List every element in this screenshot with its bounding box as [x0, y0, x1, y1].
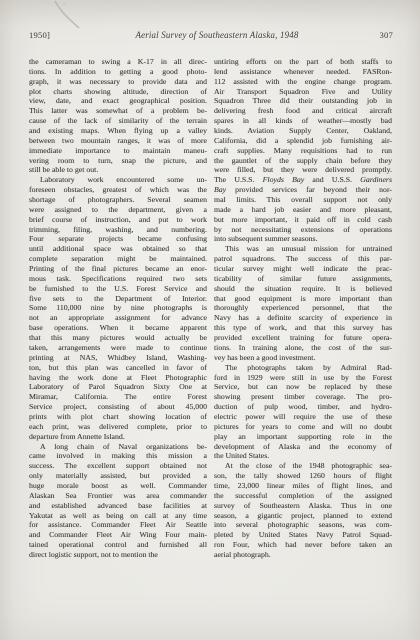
pencil-mark-artifact — [48, 0, 88, 32]
text-line: for assistance. Commander Fleet Air Seat… — [29, 520, 207, 530]
text-line: the cameraman to swing a K-17 in all dir… — [29, 57, 207, 67]
text-line: Squadron Three did their outstanding job… — [214, 96, 392, 106]
text-line: Miramar, California. The entire Forest — [29, 392, 207, 402]
text-line: Navy has a definite scarcity of experien… — [214, 313, 392, 323]
text-line: pleted by United States Navy Patrol Squa… — [214, 530, 392, 540]
text-line: tained operational control and furnished… — [29, 540, 207, 550]
text-line: season, a gigantic project, planned to e… — [214, 511, 392, 521]
text-line: brief course of instruction, and put to … — [29, 215, 207, 225]
text-line: Four separate projects became confusing — [29, 234, 207, 244]
text-line: This was an unusual mission for untraine… — [214, 244, 392, 254]
paragraph: untiring efforts on the part of both sta… — [214, 57, 392, 244]
text-line: Laboratory of Parol Squadron Sixty One a… — [29, 382, 207, 392]
text-line: be furnished to the U.S. Forest Service … — [29, 284, 207, 294]
text-line: survey of Southeastern Alaska. Thus in o… — [214, 501, 392, 511]
text-line: complete separation might be maintained. — [29, 254, 207, 264]
text-line: thoroughly experienced personnel, that t… — [214, 303, 392, 313]
text-line: shortage of photographers. Several seame… — [29, 195, 207, 205]
text-line: mal limits. This overall support not onl… — [214, 195, 392, 205]
text-line: and established advanced base facilities… — [29, 501, 207, 511]
text-line: plot charts showing altitude, direction … — [29, 87, 207, 97]
text-line: should the situation require. It is beli… — [214, 284, 392, 294]
page-number: 307 — [353, 30, 393, 40]
text-line: The U.S.S. Floyds Bay and U.S.S. Gardine… — [214, 175, 392, 185]
text-line: into several photographic seasons, was c… — [214, 520, 392, 530]
text-line: that good equipment is more important th… — [214, 294, 392, 304]
text-line: until additional space was obtained so t… — [29, 244, 207, 254]
left-column: the cameraman to swing a K-17 in all dir… — [29, 57, 207, 560]
text-line: The photographs taken by Admiral Rad- — [214, 363, 392, 373]
text-line: This latter was somewhat of a problem be… — [29, 106, 207, 116]
text-line: came involved in making this mission a — [29, 451, 207, 461]
text-line: Service, but can now be replaced by thes… — [214, 382, 392, 392]
scanned-journal-page: 1950] Aerial Survey of Southeastern Alas… — [0, 0, 420, 640]
text-line: ticular survey might well indicate the p… — [214, 264, 392, 274]
text-line: having the work done at Fleet Photograph… — [29, 373, 207, 383]
text-line: craft supplies. Many requisitions had to… — [214, 146, 392, 156]
text-line: view, date, and exact geographical posit… — [29, 96, 207, 106]
text-line: tions. In addition to getting a good pho… — [29, 67, 207, 77]
text-line: duction of pulp wood, timber, and hydro- — [214, 402, 392, 412]
text-line: At the close of the 1948 photographic se… — [214, 461, 392, 471]
text-line: kinds. Aviation Supply Center, Oakland, — [214, 126, 392, 136]
text-line: son, the tally showed 1260 hours of flig… — [214, 471, 392, 481]
text-line: this type of work, and that this survey … — [214, 323, 392, 333]
text-line: the successful completion of the assigne… — [214, 491, 392, 501]
text-line: showing present timber coverage. The pro… — [214, 392, 392, 402]
text-line: tions. In training alone, the cost of th… — [214, 343, 392, 353]
text-line: immediate importance to maintain maneu- — [29, 146, 207, 156]
text-line: delivering fresh food and critical aircr… — [214, 106, 392, 116]
article-running-title: Aerial Survey of Southeastern Alaska, 19… — [81, 30, 353, 40]
text-line: development of Alaska and the economy of — [214, 442, 392, 452]
text-line: pictures for years to come and will no d… — [214, 422, 392, 432]
paragraph: A long chain of Naval organizations be-c… — [29, 442, 207, 560]
text-line: time, 23,000 linear miles of flight line… — [214, 481, 392, 491]
text-line: base operations. When it became apparent — [29, 323, 207, 333]
text-line: A long chain of Naval organizations be- — [29, 442, 207, 452]
text-line: by not necessitating extensions of opera… — [214, 225, 392, 235]
text-line: and existing maps. When flying up a vall… — [29, 126, 207, 136]
text-line: and Commander Fleet Air Wing Four main- — [29, 530, 207, 540]
two-column-text-block: the cameraman to swing a K-17 in all dir… — [29, 57, 392, 560]
text-line: departure from Annette Island. — [29, 432, 207, 442]
text-line: not an appropriate assignment for advanc… — [29, 313, 207, 323]
text-line: cause of the lack of similarity of the t… — [29, 116, 207, 126]
text-line: lend assistance whenever needed. FASRon- — [214, 67, 392, 77]
paragraph: Laboratory work encountered some un-fore… — [29, 175, 207, 441]
text-line: graph, it was necessary to provide data … — [29, 77, 207, 87]
paragraph: The photographs taken by Admiral Rad-for… — [214, 363, 392, 462]
text-line: Printing of the final pictures became an… — [29, 264, 207, 274]
text-line: into subsequent summer seasons. — [214, 234, 392, 244]
text-line: success. The excellent support obtained … — [29, 461, 207, 471]
text-line: between two mountain ranges, it was of m… — [29, 136, 207, 146]
text-line: prints with plot chart showing location … — [29, 412, 207, 422]
text-line: ton, but this plan was cancelled in favo… — [29, 363, 207, 373]
text-line: provided excellent training for future o… — [214, 333, 392, 343]
text-line: printing at NAS, Whidbey Island, Washing… — [29, 353, 207, 363]
text-line: 112 assisted with the engine change prog… — [214, 77, 392, 87]
text-line: only materially assisted, but provided a — [29, 471, 207, 481]
text-line: electric power will require the use of t… — [214, 412, 392, 422]
text-line: trimming, filing, washing, and numbering… — [29, 225, 207, 235]
text-line: vey has been a good investment. — [214, 353, 392, 363]
text-line: aerial photograph. — [214, 550, 392, 560]
text-line: five sets to the Department of Interior. — [29, 294, 207, 304]
text-line: huge morale boost as well. Commander — [29, 481, 207, 491]
text-line: patrol squadrons. The success of this pa… — [214, 254, 392, 264]
text-line: ticability of similar future assignments… — [214, 274, 392, 284]
text-line: Air Transport Squadron Five and Utility — [214, 87, 392, 97]
text-line: were filled, but they were delivered pro… — [214, 165, 392, 175]
text-line: were assigned to the department, given a — [29, 205, 207, 215]
paragraph: This was an unusual mission for untraine… — [214, 244, 392, 362]
right-column: untiring efforts on the part of both sta… — [214, 57, 392, 560]
paragraph: the cameraman to swing a K-17 in all dir… — [29, 57, 207, 175]
text-line: the gauntlet of the supply chain before … — [214, 156, 392, 166]
text-line: mous task. Specifications required two s… — [29, 274, 207, 284]
text-line: untiring efforts on the part of both sta… — [214, 57, 392, 67]
text-line: ron Four, which had never before taken a… — [214, 540, 392, 550]
running-header: 1950] Aerial Survey of Southeastern Alas… — [29, 30, 393, 40]
text-line: taken, arrangements were made to continu… — [29, 343, 207, 353]
text-line: vering room to turn, snap the picture, a… — [29, 156, 207, 166]
text-line: spares in all kinds of weather—mostly ba… — [214, 116, 392, 126]
text-line: play an important supporting role in the — [214, 432, 392, 442]
text-line: that this many pictures would actually b… — [29, 333, 207, 343]
text-line: Some 110,000 nine by nine photographs is — [29, 303, 207, 313]
paragraph: At the close of the 1948 photographic se… — [214, 461, 392, 560]
text-line: made a hard job easier and more pleasant… — [214, 205, 392, 215]
text-line: foreseen obstacles, greatest of which wa… — [29, 185, 207, 195]
text-line: California, did a splendid job furnishin… — [214, 136, 392, 146]
text-line: but more important, it paid off in cold … — [214, 215, 392, 225]
text-line: Laboratory work encountered some un- — [29, 175, 207, 185]
text-line: direct logistic support, not to mention … — [29, 550, 207, 560]
text-line: still be able to get out. — [29, 165, 207, 175]
text-line: Yakutat as well as being on call at any … — [29, 511, 207, 521]
text-line: Service project, consisting of about 45,… — [29, 402, 207, 412]
text-line: the United States. — [214, 451, 392, 461]
text-line: each print, was delivered complete, prio… — [29, 422, 207, 432]
text-line: Alaskan Sea Frontier was area commander — [29, 491, 207, 501]
text-line: Bay provided services far beyond their n… — [214, 185, 392, 195]
header-year-label: 1950] — [29, 30, 81, 40]
text-line: ford in 1929 were still in use by the Fo… — [214, 373, 392, 383]
